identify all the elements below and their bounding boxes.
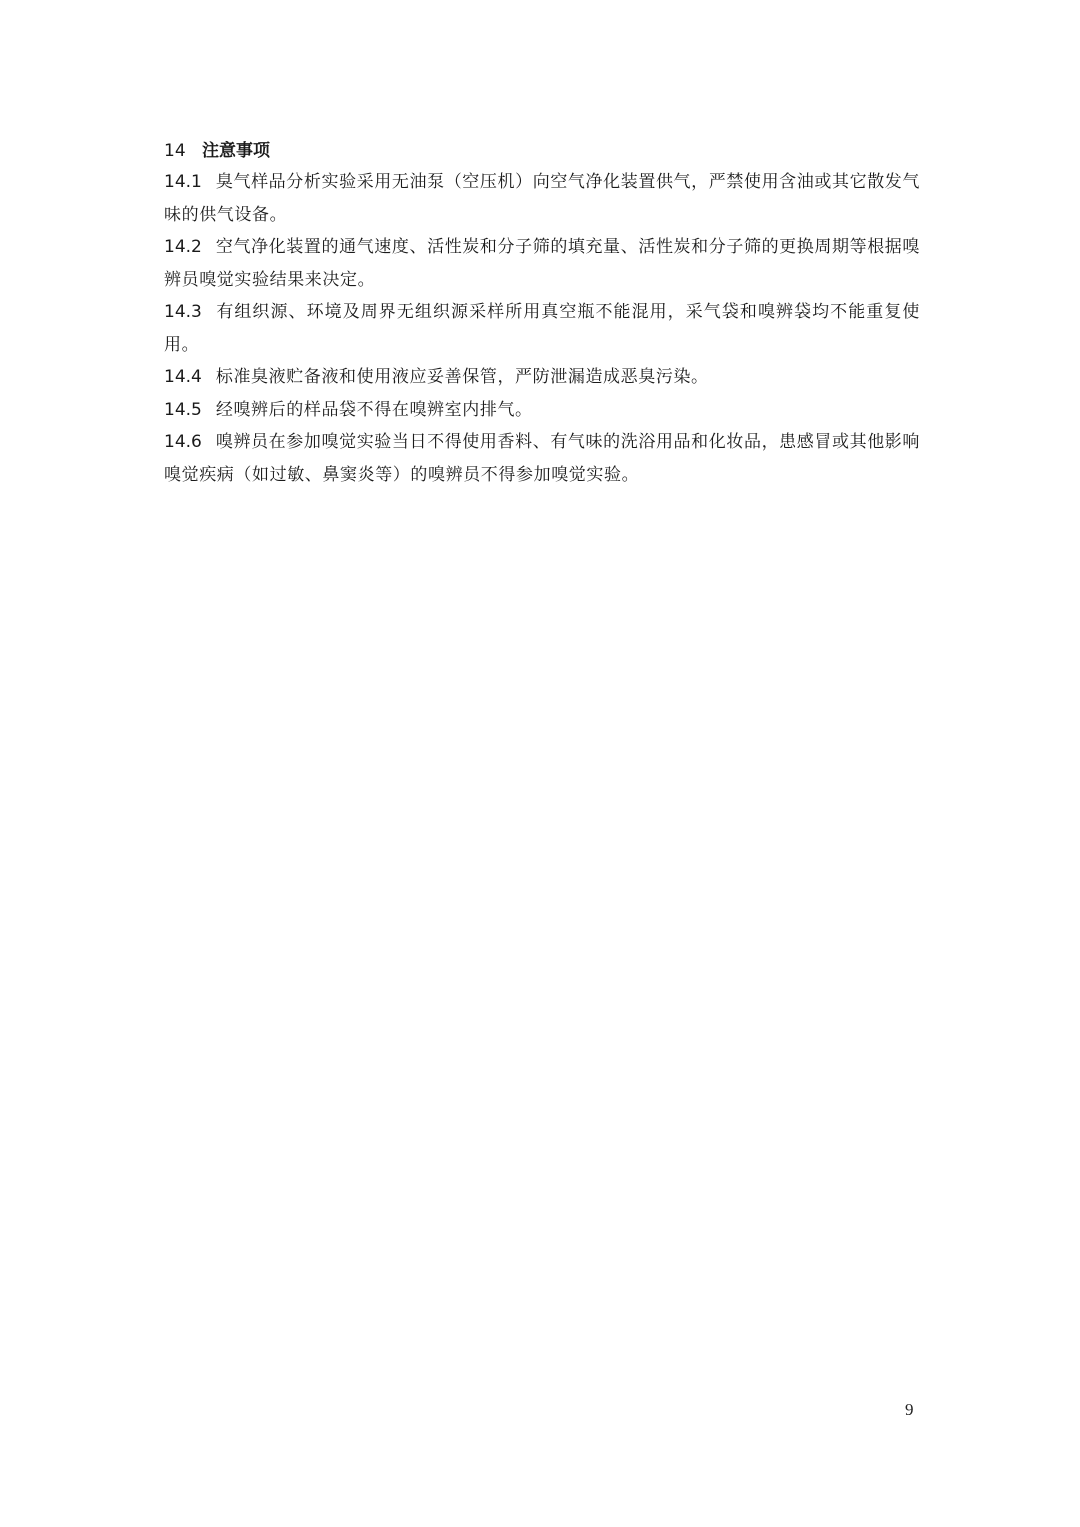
- item-text: 嗅辨员在参加嗅觉实验当日不得使用香料、有气味的洗浴用品和化妆品，患感冒或其他影响…: [164, 432, 920, 485]
- item-text: 空气净化装置的通气速度、活性炭和分子筛的填充量、活性炭和分子筛的更换周期等根据嗅…: [164, 237, 920, 290]
- list-item: 14.2空气净化装置的通气速度、活性炭和分子筛的填充量、活性炭和分子筛的更换周期…: [164, 231, 920, 296]
- item-number: 14.5: [164, 400, 202, 420]
- list-item: 14.3有组织源、环境及周界无组织源采样所用真空瓶不能混用，采气袋和嗅辨袋均不能…: [164, 296, 920, 361]
- item-text: 臭气样品分析实验采用无油泵（空压机）向空气净化装置供气，严禁使用含油或其它散发气…: [164, 172, 920, 225]
- page-number: 9: [905, 1400, 914, 1420]
- list-item: 14.5经嗅辨后的样品袋不得在嗅辨室内排气。: [164, 394, 920, 427]
- item-text: 标准臭液贮备液和使用液应妥善保管，严防泄漏造成恶臭污染。: [216, 367, 709, 387]
- list-item: 14.1臭气样品分析实验采用无油泵（空压机）向空气净化装置供气，严禁使用含油或其…: [164, 166, 920, 231]
- list-item: 14.6嗅辨员在参加嗅觉实验当日不得使用香料、有气味的洗浴用品和化妆品，患感冒或…: [164, 426, 920, 491]
- item-text: 有组织源、环境及周界无组织源采样所用真空瓶不能混用，采气袋和嗅辨袋均不能重复使用…: [164, 302, 920, 355]
- item-number: 14.1: [164, 172, 202, 192]
- section-title: 注意事项: [202, 141, 270, 161]
- item-number: 14.3: [164, 302, 202, 322]
- item-number: 14.6: [164, 432, 202, 452]
- document-body: 14注意事项 14.1臭气样品分析实验采用无油泵（空压机）向空气净化装置供气，严…: [164, 136, 920, 491]
- list-item: 14.4标准臭液贮备液和使用液应妥善保管，严防泄漏造成恶臭污染。: [164, 361, 920, 394]
- item-number: 14.2: [164, 237, 202, 257]
- section-heading: 14注意事项: [164, 136, 920, 166]
- item-number: 14.4: [164, 367, 202, 387]
- item-text: 经嗅辨后的样品袋不得在嗅辨室内排气。: [216, 400, 533, 420]
- section-number: 14: [164, 136, 202, 166]
